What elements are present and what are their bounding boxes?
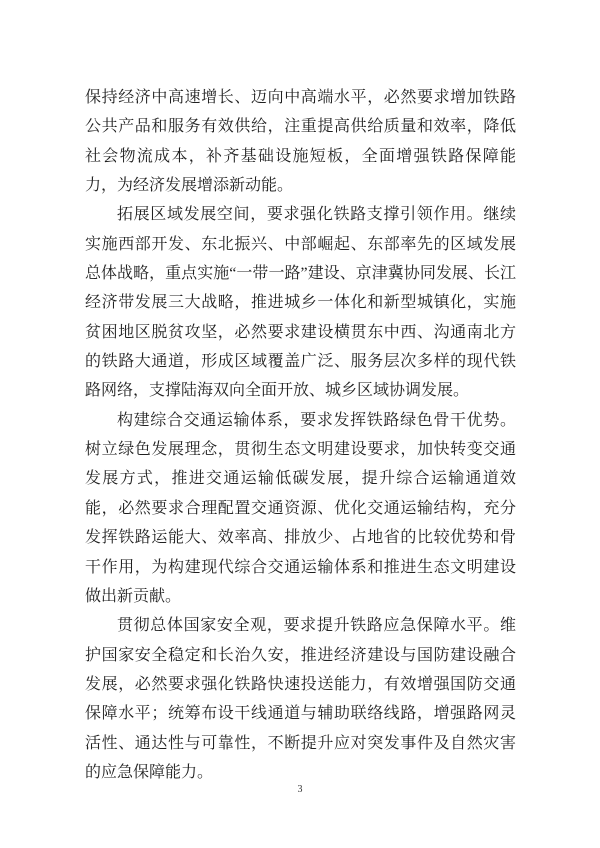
body-paragraph: 拓展区域发展空间，要求强化铁路支撑引领作用。继续实施西部开发、东北振兴、中部崛起… (85, 200, 516, 405)
text-block: 保持经济中高速增长、迈向中高端水平，必然要求增加铁路公共产品和服务有效供给，注重… (85, 83, 516, 787)
body-paragraph: 贯彻总体国家安全观，要求提升铁路应急保障水平。维护国家安全稳定和长治久安，推进经… (85, 611, 516, 787)
body-paragraph: 构建综合交通运输体系，要求发挥铁路绿色骨干优势。树立绿色发展理念，贯彻生态文明建… (85, 406, 516, 611)
page-footer: 3 (0, 784, 600, 796)
page-number: 3 (298, 784, 303, 795)
body-paragraph: 保持经济中高速增长、迈向中高端水平，必然要求增加铁路公共产品和服务有效供给，注重… (85, 83, 516, 200)
document-page: 保持经济中高速增长、迈向中高端水平，必然要求增加铁路公共产品和服务有效供给，注重… (0, 0, 600, 848)
